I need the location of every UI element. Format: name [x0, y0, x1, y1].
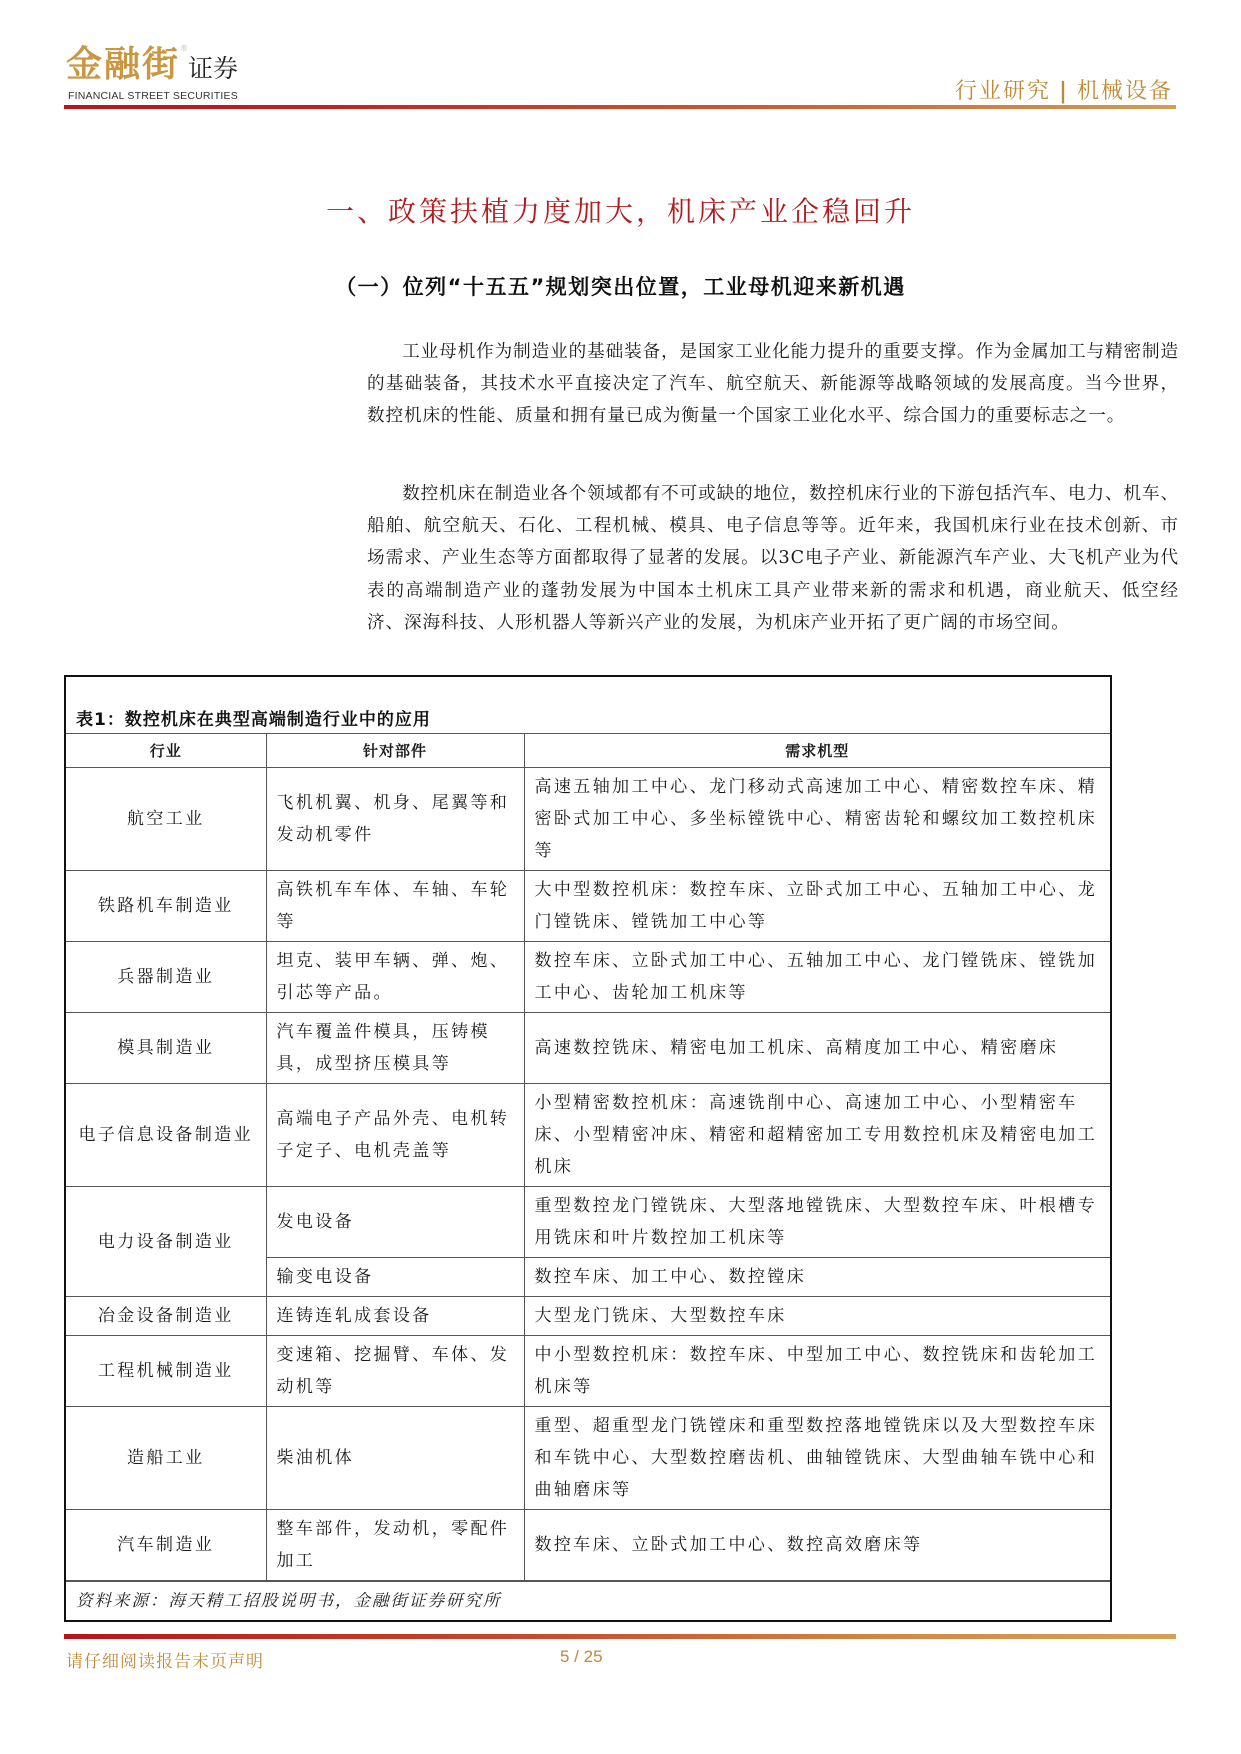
cell-industry: 电子信息设备制造业 [66, 1084, 266, 1187]
cell-industry: 电力设备制造业 [66, 1187, 266, 1297]
category-separator: | [1059, 78, 1069, 104]
cell-parts: 汽车覆盖件模具，压铸模具，成型挤压模具等 [266, 1013, 524, 1084]
application-table: 表1：数控机床在典型高端制造行业中的应用 行业 针对部件 需求机型 航空工业 飞… [64, 675, 1112, 1622]
cell-industry: 工程机械制造业 [66, 1336, 266, 1407]
header-parts: 针对部件 [266, 734, 524, 768]
cell-machines: 数控车床、加工中心、数控镗床 [524, 1258, 1110, 1297]
table-row: 工程机械制造业 变速箱、挖掘臂、车体、发动机等 中小型数控机床：数控车床、中型加… [66, 1336, 1110, 1407]
cell-parts: 发电设备 [266, 1187, 524, 1258]
company-logo: 金融街 ® 证券 FINANCIAL STREET SECURITIES [66, 42, 326, 104]
cell-industry: 兵器制造业 [66, 942, 266, 1013]
body-paragraph-2: 数控机床在制造业各个领域都有不可或缺的地位，数控机床行业的下游包括汽车、电力、机… [367, 478, 1179, 639]
table-row: 电力设备制造业 发电设备 重型数控龙门镗铣床、大型落地镗铣床、大型数控车床、叶根… [66, 1187, 1110, 1258]
header-machines: 需求机型 [524, 734, 1110, 768]
cell-parts: 变速箱、挖掘臂、车体、发动机等 [266, 1336, 524, 1407]
cell-machines: 高速五轴加工中心、龙门移动式高速加工中心、精密数控车床、精密卧式加工中心、多坐标… [524, 768, 1110, 871]
subsection-title: （一）位列“十五五”规划突出位置，工业母机迎来新机遇 [0, 271, 1241, 301]
cell-parts: 高端电子产品外壳、电机转子定子、电机壳盖等 [266, 1084, 524, 1187]
category-label: 行业研究 [955, 79, 1051, 104]
header-divider-gradient [314, 105, 1176, 109]
table-row: 冶金设备制造业 连铸连轧成套设备 大型龙门铣床、大型数控车床 [66, 1297, 1110, 1336]
header-industry: 行业 [66, 734, 266, 768]
cell-machines: 小型精密数控机床：高速铣削中心、高速加工中心、小型精密车床、小型精密冲床、精密和… [524, 1084, 1110, 1187]
table-row: 造船工业 柴油机体 重型、超重型龙门铣镗床和重型数控落地镗铣床以及大型数控车床和… [66, 1407, 1110, 1510]
page-number: 5 / 25 [560, 1647, 603, 1667]
table-row: 兵器制造业 坦克、装甲车辆、弹、炮、引芯等产品。 数控车床、立卧式加工中心、五轴… [66, 942, 1110, 1013]
logo-chinese-suffix: 证券 [188, 52, 238, 86]
cell-machines: 大中型数控机床：数控车床、立卧式加工中心、五轴加工中心、龙门镗铣床、镗铣加工中心… [524, 871, 1110, 942]
cell-industry: 汽车制造业 [66, 1510, 266, 1581]
table-row: 航空工业 飞机机翼、机身、尾翼等和发动机零件 高速五轴加工中心、龙门移动式高速加… [66, 768, 1110, 871]
cell-parts: 柴油机体 [266, 1407, 524, 1510]
table-row: 汽车制造业 整车部件，发动机，零配件加工 数控车床、立卧式加工中心、数控高效磨床… [66, 1510, 1110, 1581]
cell-industry: 造船工业 [66, 1407, 266, 1510]
table-grid: 行业 针对部件 需求机型 航空工业 飞机机翼、机身、尾翼等和发动机零件 高速五轴… [66, 734, 1110, 1581]
sector-label: 机械设备 [1077, 79, 1173, 104]
table-header-row: 行业 针对部件 需求机型 [66, 734, 1110, 768]
footer-divider [64, 1634, 1176, 1639]
cell-parts: 整车部件，发动机，零配件加工 [266, 1510, 524, 1581]
report-category: 行业研究|机械设备 [955, 74, 1173, 105]
logo-english-name: FINANCIAL STREET SECURITIES [68, 90, 238, 102]
cell-parts: 连铸连轧成套设备 [266, 1297, 524, 1336]
cell-industry: 铁路机车制造业 [66, 871, 266, 942]
cell-industry: 模具制造业 [66, 1013, 266, 1084]
table-row: 铁路机车制造业 高铁机车车体、车轴、车轮等 大中型数控机床：数控车床、立卧式加工… [66, 871, 1110, 942]
cell-machines: 中小型数控机床：数控车床、中型加工中心、数控铣床和齿轮加工机床等 [524, 1336, 1110, 1407]
registered-mark-icon: ® [180, 44, 188, 53]
cell-machines: 高速数控铣床、精密电加工机床、高精度加工中心、精密磨床 [524, 1013, 1110, 1084]
cell-industry: 航空工业 [66, 768, 266, 871]
body-paragraph-1: 工业母机作为制造业的基础装备，是国家工业化能力提升的重要支撑。作为金属加工与精密… [367, 336, 1179, 433]
cell-machines: 数控车床、立卧式加工中心、五轴加工中心、龙门镗铣床、镗铣加工中心、齿轮加工机床等 [524, 942, 1110, 1013]
cell-parts: 飞机机翼、机身、尾翼等和发动机零件 [266, 768, 524, 871]
footer-disclaimer: 请仔细阅读报告末页声明 [66, 1647, 264, 1672]
table-row: 电子信息设备制造业 高端电子产品外壳、电机转子定子、电机壳盖等 小型精密数控机床… [66, 1084, 1110, 1187]
cell-parts: 高铁机车车体、车轴、车轮等 [266, 871, 524, 942]
table-row: 模具制造业 汽车覆盖件模具，压铸模具，成型挤压模具等 高速数控铣床、精密电加工机… [66, 1013, 1110, 1084]
cell-parts: 坦克、装甲车辆、弹、炮、引芯等产品。 [266, 942, 524, 1013]
cell-parts: 输变电设备 [266, 1258, 524, 1297]
section-title: 一、政策扶植力度加大，机床产业企稳回升 [0, 190, 1241, 230]
cell-machines: 重型数控龙门镗铣床、大型落地镗铣床、大型数控车床、叶根槽专用铣床和叶片数控加工机… [524, 1187, 1110, 1258]
cell-industry: 冶金设备制造业 [66, 1297, 266, 1336]
cell-machines: 数控车床、立卧式加工中心、数控高效磨床等 [524, 1510, 1110, 1581]
header-divider-red [64, 105, 314, 109]
table-source-note: 资料来源：海天精工招股说明书，金融街证券研究所 [66, 1581, 1110, 1620]
cell-machines: 大型龙门铣床、大型数控车床 [524, 1297, 1110, 1336]
table-title: 表1：数控机床在典型高端制造行业中的应用 [66, 677, 1110, 734]
logo-chinese-name: 金融街 [66, 42, 180, 86]
cell-machines: 重型、超重型龙门铣镗床和重型数控落地镗铣床以及大型数控车床和车铣中心、大型数控磨… [524, 1407, 1110, 1510]
